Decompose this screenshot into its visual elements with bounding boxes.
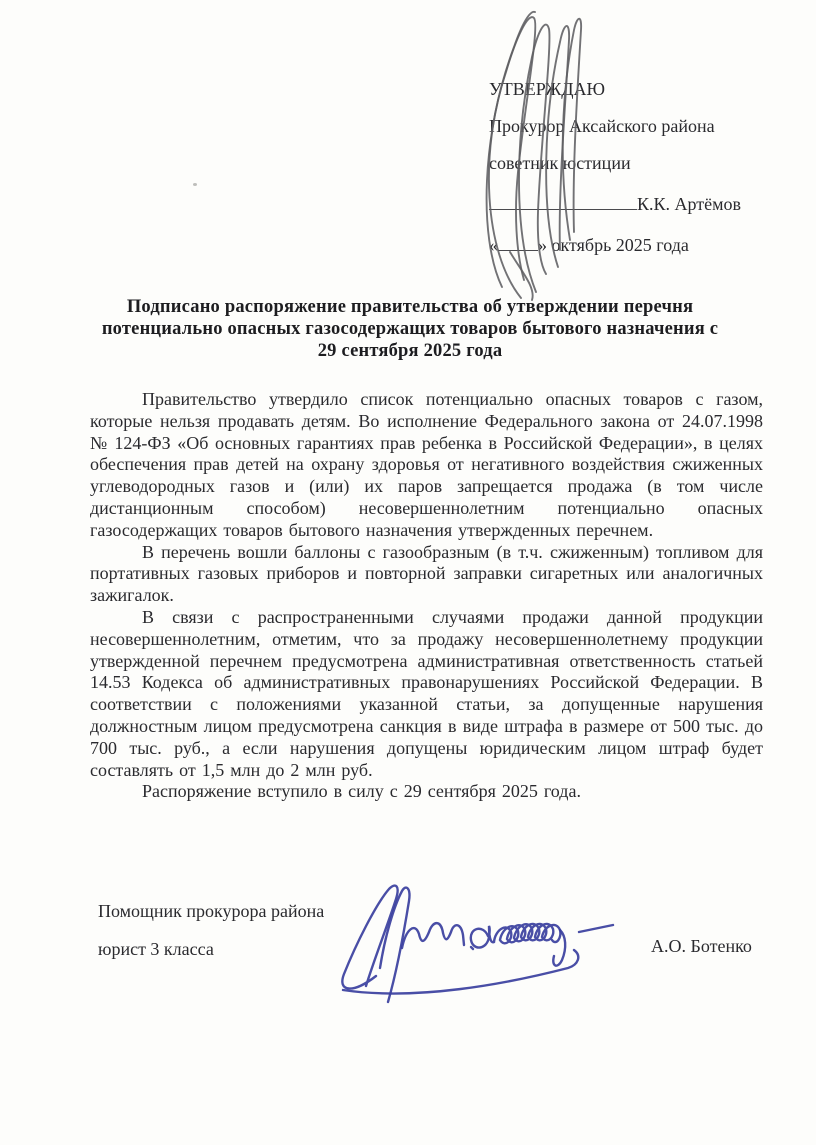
scanned-document-page: УТВЕРЖДАЮ Прокурор Аксайского района сов… bbox=[0, 0, 816, 1145]
signer-name: А.О. Ботенко bbox=[651, 936, 752, 957]
signer-signature-scribble bbox=[316, 876, 621, 1008]
signer-position-line-1: Помощник прокурора района bbox=[98, 901, 324, 922]
signer-position-line-2: юрист 3 класса bbox=[98, 939, 214, 960]
closing-block: Помощник прокурора района юрист 3 класса… bbox=[0, 0, 816, 1145]
